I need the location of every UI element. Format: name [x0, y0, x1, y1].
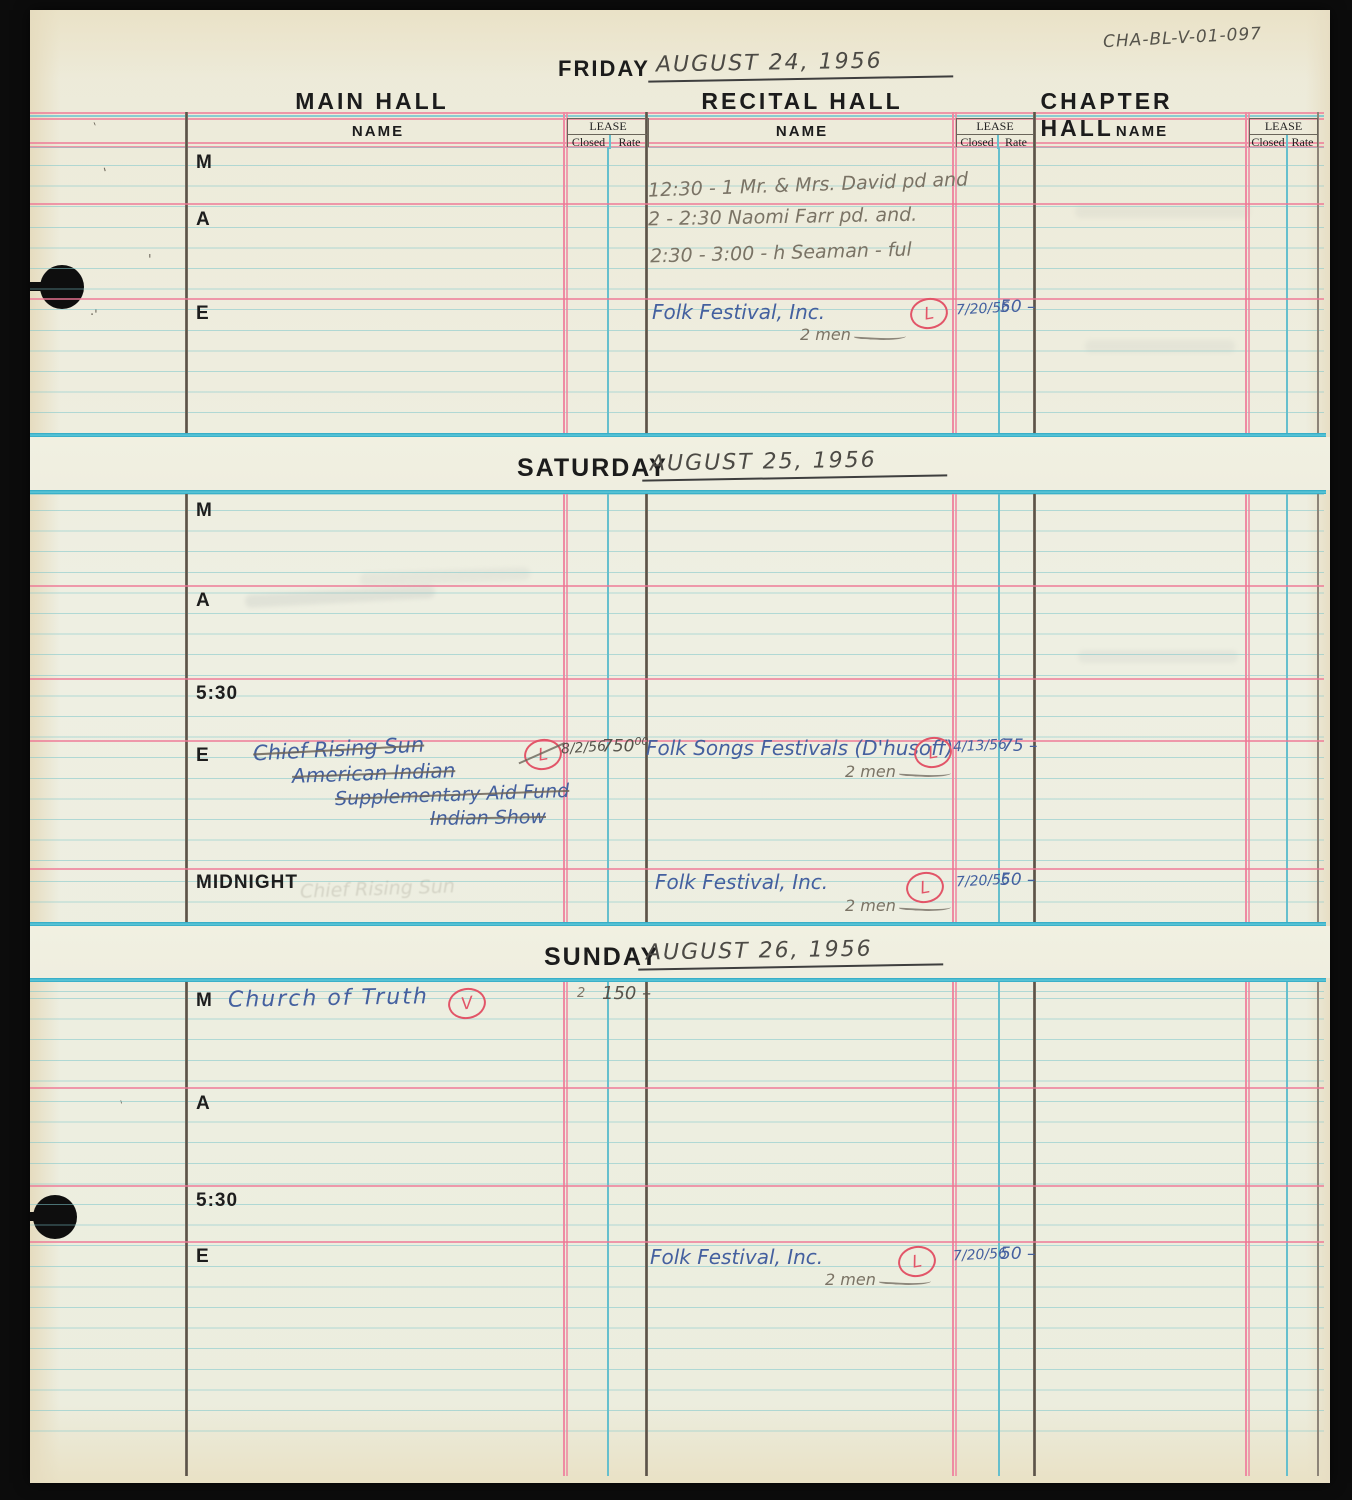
ledger-paper: ` ' ' ·' ` CHA-BL-V-01-097 FRIDAY AUGUST… [30, 10, 1330, 1483]
row-label: MIDNIGHT [196, 872, 298, 894]
entry-sunday-recital-evening-name: Folk Festival, Inc. [650, 1245, 823, 1269]
row-label: A [196, 590, 211, 612]
date-sunday: AUGUST 26, 1956 [638, 935, 943, 970]
row-label: M [196, 152, 213, 174]
date-saturday: AUGUST 25, 1956 [642, 446, 947, 481]
lease-header: LEASE [568, 119, 648, 135]
entry-sunday-main-morning-name: Church of Truth [228, 984, 429, 1013]
name-header-recital: NAME [776, 123, 828, 140]
lease-box-chapter: LEASE ClosedRate [1249, 118, 1318, 147]
pencil-flourish [899, 767, 951, 779]
rate-value: 75 – [1002, 736, 1038, 756]
rate-value: 50 – [1000, 297, 1036, 317]
entry-note: 2 men [845, 762, 951, 781]
entry-saturday-recital-midnight-name: Folk Festival, Inc. [655, 870, 828, 894]
row-label: E [196, 1246, 210, 1268]
lease-box-main: LEASE ClosedRate [567, 118, 649, 147]
row-label: E [196, 745, 210, 767]
hall-title-recital: RECITAL HALL [701, 88, 902, 115]
closed-date: 8/2/56 [560, 738, 606, 757]
rate-value: 75000 [602, 735, 648, 757]
lease-header: LEASE [957, 119, 1033, 135]
saturday-grid: M A 5:30 E MIDNIGHT Chief Rising Sun Ame… [30, 490, 1330, 926]
closed-value: 2 [577, 986, 585, 1001]
friday-grid: M A E 12:30 - 1 Mr. & Mrs. David pd and … [30, 147, 1330, 437]
name-header-chapter: NAME [1116, 123, 1168, 140]
row-label: M [196, 500, 213, 522]
date-friday: AUGUST 24, 1956 [648, 47, 953, 82]
pencil-flourish [854, 330, 906, 342]
sunday-band: SUNDAY AUGUST 26, 1956 [30, 926, 1330, 978]
pencil-flourish [879, 1275, 931, 1287]
entry-note: 2 men [800, 325, 906, 344]
scanned-ledger-page: ` ' ' ·' ` CHA-BL-V-01-097 FRIDAY AUGUST… [0, 0, 1352, 1500]
closed-date: 4/13/56 [953, 737, 1008, 756]
entry-note: 2 men [825, 1270, 931, 1289]
row-label: A [196, 209, 211, 231]
row-label: 5:30 [196, 683, 238, 705]
day-title-friday: FRIDAY [558, 56, 650, 82]
rate-value: 50 – [1000, 1244, 1036, 1264]
catalog-code: CHA-BL-V-01-097 [1103, 24, 1263, 52]
sunday-grid: M A 5:30 E Church of Truth V 2 150 – Fol… [30, 978, 1330, 1476]
rate-value: 50 – [1000, 870, 1036, 890]
entry-saturday-main-line4: Indian Show [430, 806, 546, 830]
column-header-band: NAME NAME NAME LEASE ClosedRate LEASE Cl… [30, 112, 1330, 147]
saturday-band: SATURDAY AUGUST 25, 1956 [30, 437, 1330, 490]
entry-friday-recital-line2: 2 - 2:30 Naomi Farr pd. and. [648, 204, 918, 231]
row-label: E [196, 303, 210, 325]
name-header-main: NAME [352, 123, 404, 140]
row-label: 5:30 [196, 1190, 238, 1212]
pencil-flourish [899, 901, 951, 913]
entry-friday-recital-evening-name: Folk Festival, Inc. [652, 300, 825, 324]
entry-note: 2 men [845, 896, 951, 915]
lease-box-recital: LEASE ClosedRate [956, 118, 1034, 147]
row-label: M [196, 990, 213, 1012]
lease-header: LEASE [1250, 119, 1317, 135]
hall-title-main: MAIN HALL [295, 88, 448, 115]
entry-saturday-recital-evening-name: Folk Songs Festivals (D'husoff) [646, 736, 953, 760]
rate-value: 150 – [602, 983, 651, 1004]
row-label: A [196, 1093, 211, 1115]
